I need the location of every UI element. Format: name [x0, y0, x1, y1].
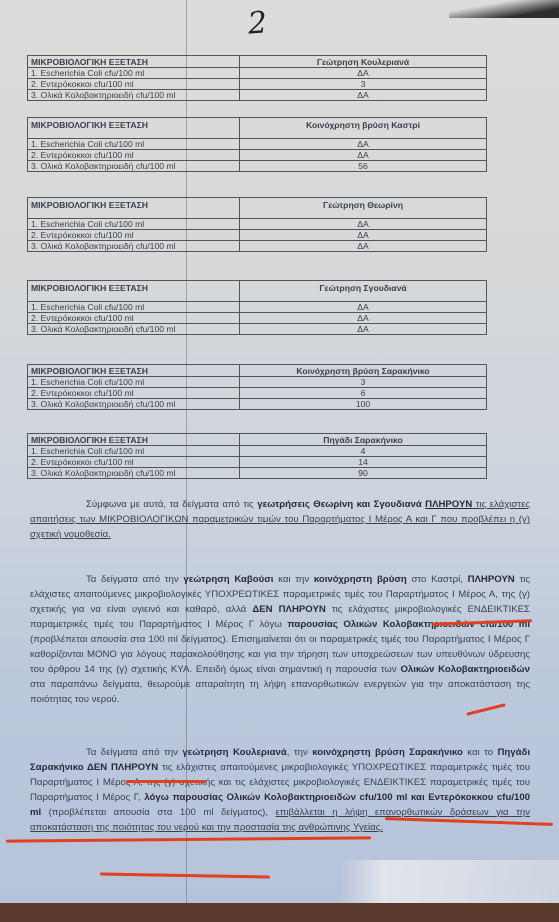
table-row: 2. Εντερόκοκκοι cfu/100 ml6	[28, 388, 487, 399]
table-row: 1. Escherichia Coli cfu/100 mlΔΑ	[28, 219, 487, 230]
red-underline-kolovaktiriοeidon	[6, 836, 371, 842]
table-row: 2. Εντερόκοκκοι cfu/100 ml14	[28, 457, 487, 468]
table-row: 1. Escherichia Coli cfu/100 ml4	[28, 446, 487, 457]
table-surface	[0, 903, 559, 922]
table-header-location: Γεώτρηση Σγουδιανά	[240, 281, 487, 302]
lab-table-vrysi-sarakiniko: ΜΙΚΡΟΒΙΟΛΟΓΙΚΗ ΕΞΕΤΑΣΗΚοινόχρηστη βρύση …	[27, 364, 487, 410]
conclusion-paragraph-2: Τα δείγματα από την γεώτρηση Καβούσι και…	[30, 572, 530, 707]
table-header-label: ΜΙΚΡΟΒΙΟΛΟΓΙΚΗ ΕΞΕΤΑΣΗ	[28, 56, 240, 68]
document-page: 2 ΜΙΚΡΟΒΙΟΛΟΓΙΚΗ ΕΞΕΤΑΣΗΓεώτρηση Κουλερι…	[0, 0, 559, 903]
lab-table-pigadi-sarakiniko: ΜΙΚΡΟΒΙΟΛΟΓΙΚΗ ΕΞΕΤΑΣΗΠηγάδι Σαρακήνικο …	[27, 433, 487, 479]
table-row: 1. Escherichia Coli cfu/100 mlΔΑ	[28, 68, 487, 79]
table-row: 3. Ολικά Κολοβακτηριοειδή cfu/100 mlΔΑ	[28, 241, 487, 252]
table-row: 3. Ολικά Κολοβακτηριοειδή cfu/100 mlΔΑ	[28, 90, 487, 101]
photo-shadow	[449, 0, 559, 18]
table-header-location: Γεώτρηση Κουλεριανά	[240, 56, 487, 68]
lab-table-sgoudiana: ΜΙΚΡΟΒΙΟΛΟΓΙΚΗ ΕΞΕΤΑΣΗΓεώτρηση Σγουδιανά…	[27, 280, 487, 335]
table-header-location: Κοινόχρηστη βρύση Σαρακήνικο	[240, 365, 487, 377]
table-row: 3. Ολικά Κολοβακτηριοειδή cfu/100 ml90	[28, 468, 487, 479]
table-header-label: ΜΙΚΡΟΒΙΟΛΟΓΙΚΗ ΕΞΕΤΑΣΗ	[28, 365, 240, 377]
table-row: 1. Escherichia Coli cfu/100 mlΔΑ	[28, 139, 487, 150]
table-header-label: ΜΙΚΡΟΒΙΟΛΟΓΙΚΗ ΕΞΕΤΑΣΗ	[28, 281, 240, 302]
table-row: 3. Ολικά Κολοβακτηριοειδή cfu/100 ml100	[28, 399, 487, 410]
table-header-location: Πηγάδι Σαρακήνικο	[240, 434, 487, 446]
light-glare	[340, 860, 559, 903]
conclusion-paragraph-1: Σύμφωνα με αυτά, τα δείγματα από τις γεω…	[30, 497, 530, 542]
red-underline-den-plirouν-2	[126, 780, 206, 783]
table-row: 1. Escherichia Coli cfu/100 mlΔΑ	[28, 302, 487, 313]
table-row: 2. Εντερόκοκκοι cfu/100 ml3	[28, 79, 487, 90]
table-row: 2. Εντερόκοκκοι cfu/100 mlΔΑ	[28, 230, 487, 241]
table-row: 1. Escherichia Coli cfu/100 ml3	[28, 377, 487, 388]
table-row: 3. Ολικά Κολοβακτηριοειδή cfu/100 mlΔΑ	[28, 324, 487, 335]
table-row: 3. Ολικά Κολοβακτηριοειδή cfu/100 ml56	[28, 161, 487, 172]
lab-table-kastri: ΜΙΚΡΟΒΙΟΛΟΓΙΚΗ ΕΞΕΤΑΣΗΚοινόχρηστη βρύση …	[27, 117, 487, 172]
table-row: 2. Εντερόκοκκοι cfu/100 mlΔΑ	[28, 313, 487, 324]
lab-table-theorini: ΜΙΚΡΟΒΙΟΛΟΓΙΚΗ ΕΞΕΤΑΣΗΓεώτρηση Θεωρίνη 1…	[27, 197, 487, 252]
table-header-label: ΜΙΚΡΟΒΙΟΛΟΓΙΚΗ ΕΞΕΤΑΣΗ	[28, 118, 240, 139]
table-header-location: Κοινόχρηστη βρύση Καστρί	[240, 118, 487, 139]
table-row: 2. Εντερόκοκκοι cfu/100 mlΔΑ	[28, 150, 487, 161]
handwritten-page-number: 2	[247, 5, 268, 41]
table-header-label: ΜΙΚΡΟΒΙΟΛΟΓΙΚΗ ΕΞΕΤΑΣΗ	[28, 198, 240, 219]
red-underline-ygeias	[100, 873, 270, 879]
table-header-location: Γεώτρηση Θεωρίνη	[240, 198, 487, 219]
lab-table-koulerianа: ΜΙΚΡΟΒΙΟΛΟΓΙΚΗ ΕΞΕΤΑΣΗΓεώτρηση Κουλεριαν…	[27, 55, 487, 101]
table-header-label: ΜΙΚΡΟΒΙΟΛΟΓΙΚΗ ΕΞΕΤΑΣΗ	[28, 434, 240, 446]
